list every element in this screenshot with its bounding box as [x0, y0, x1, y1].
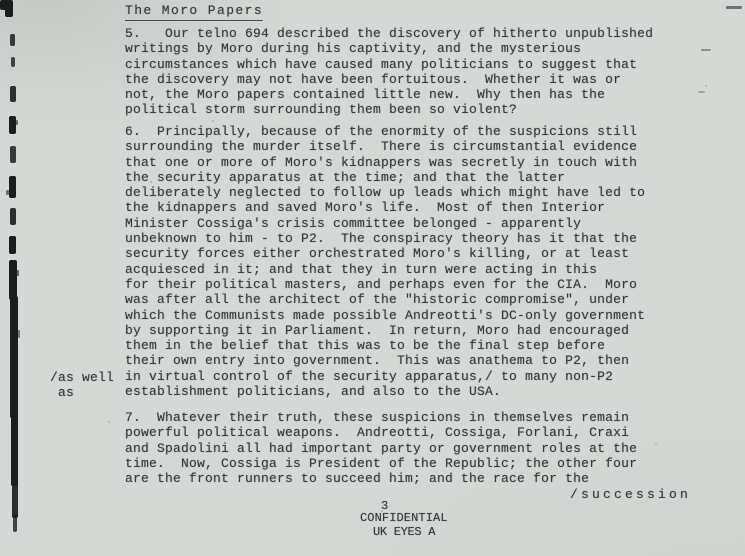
paragraph-5: 5. Our telno 694 described the discovery… — [125, 26, 653, 118]
classification-stamp: CONFIDENTIAL — [360, 511, 448, 525]
scan-artifact — [701, 49, 711, 51]
document-title: The Moro Papers — [125, 3, 263, 21]
scan-artifact — [698, 91, 705, 93]
scanned-page: The Moro Papers 5. Our telno 694 describ… — [0, 0, 745, 556]
scan-artifact — [726, 6, 742, 9]
caveat-stamp: UK EYES A — [373, 525, 435, 539]
paragraph-6: 6. Principally, because of the enormity … — [125, 124, 645, 399]
binding-edge-marks — [0, 0, 30, 556]
catchword: /succession — [570, 487, 691, 502]
margin-annotation: /as well as — [50, 370, 114, 401]
paragraph-7: 7. Whatever their truth, these suspicion… — [125, 410, 637, 486]
